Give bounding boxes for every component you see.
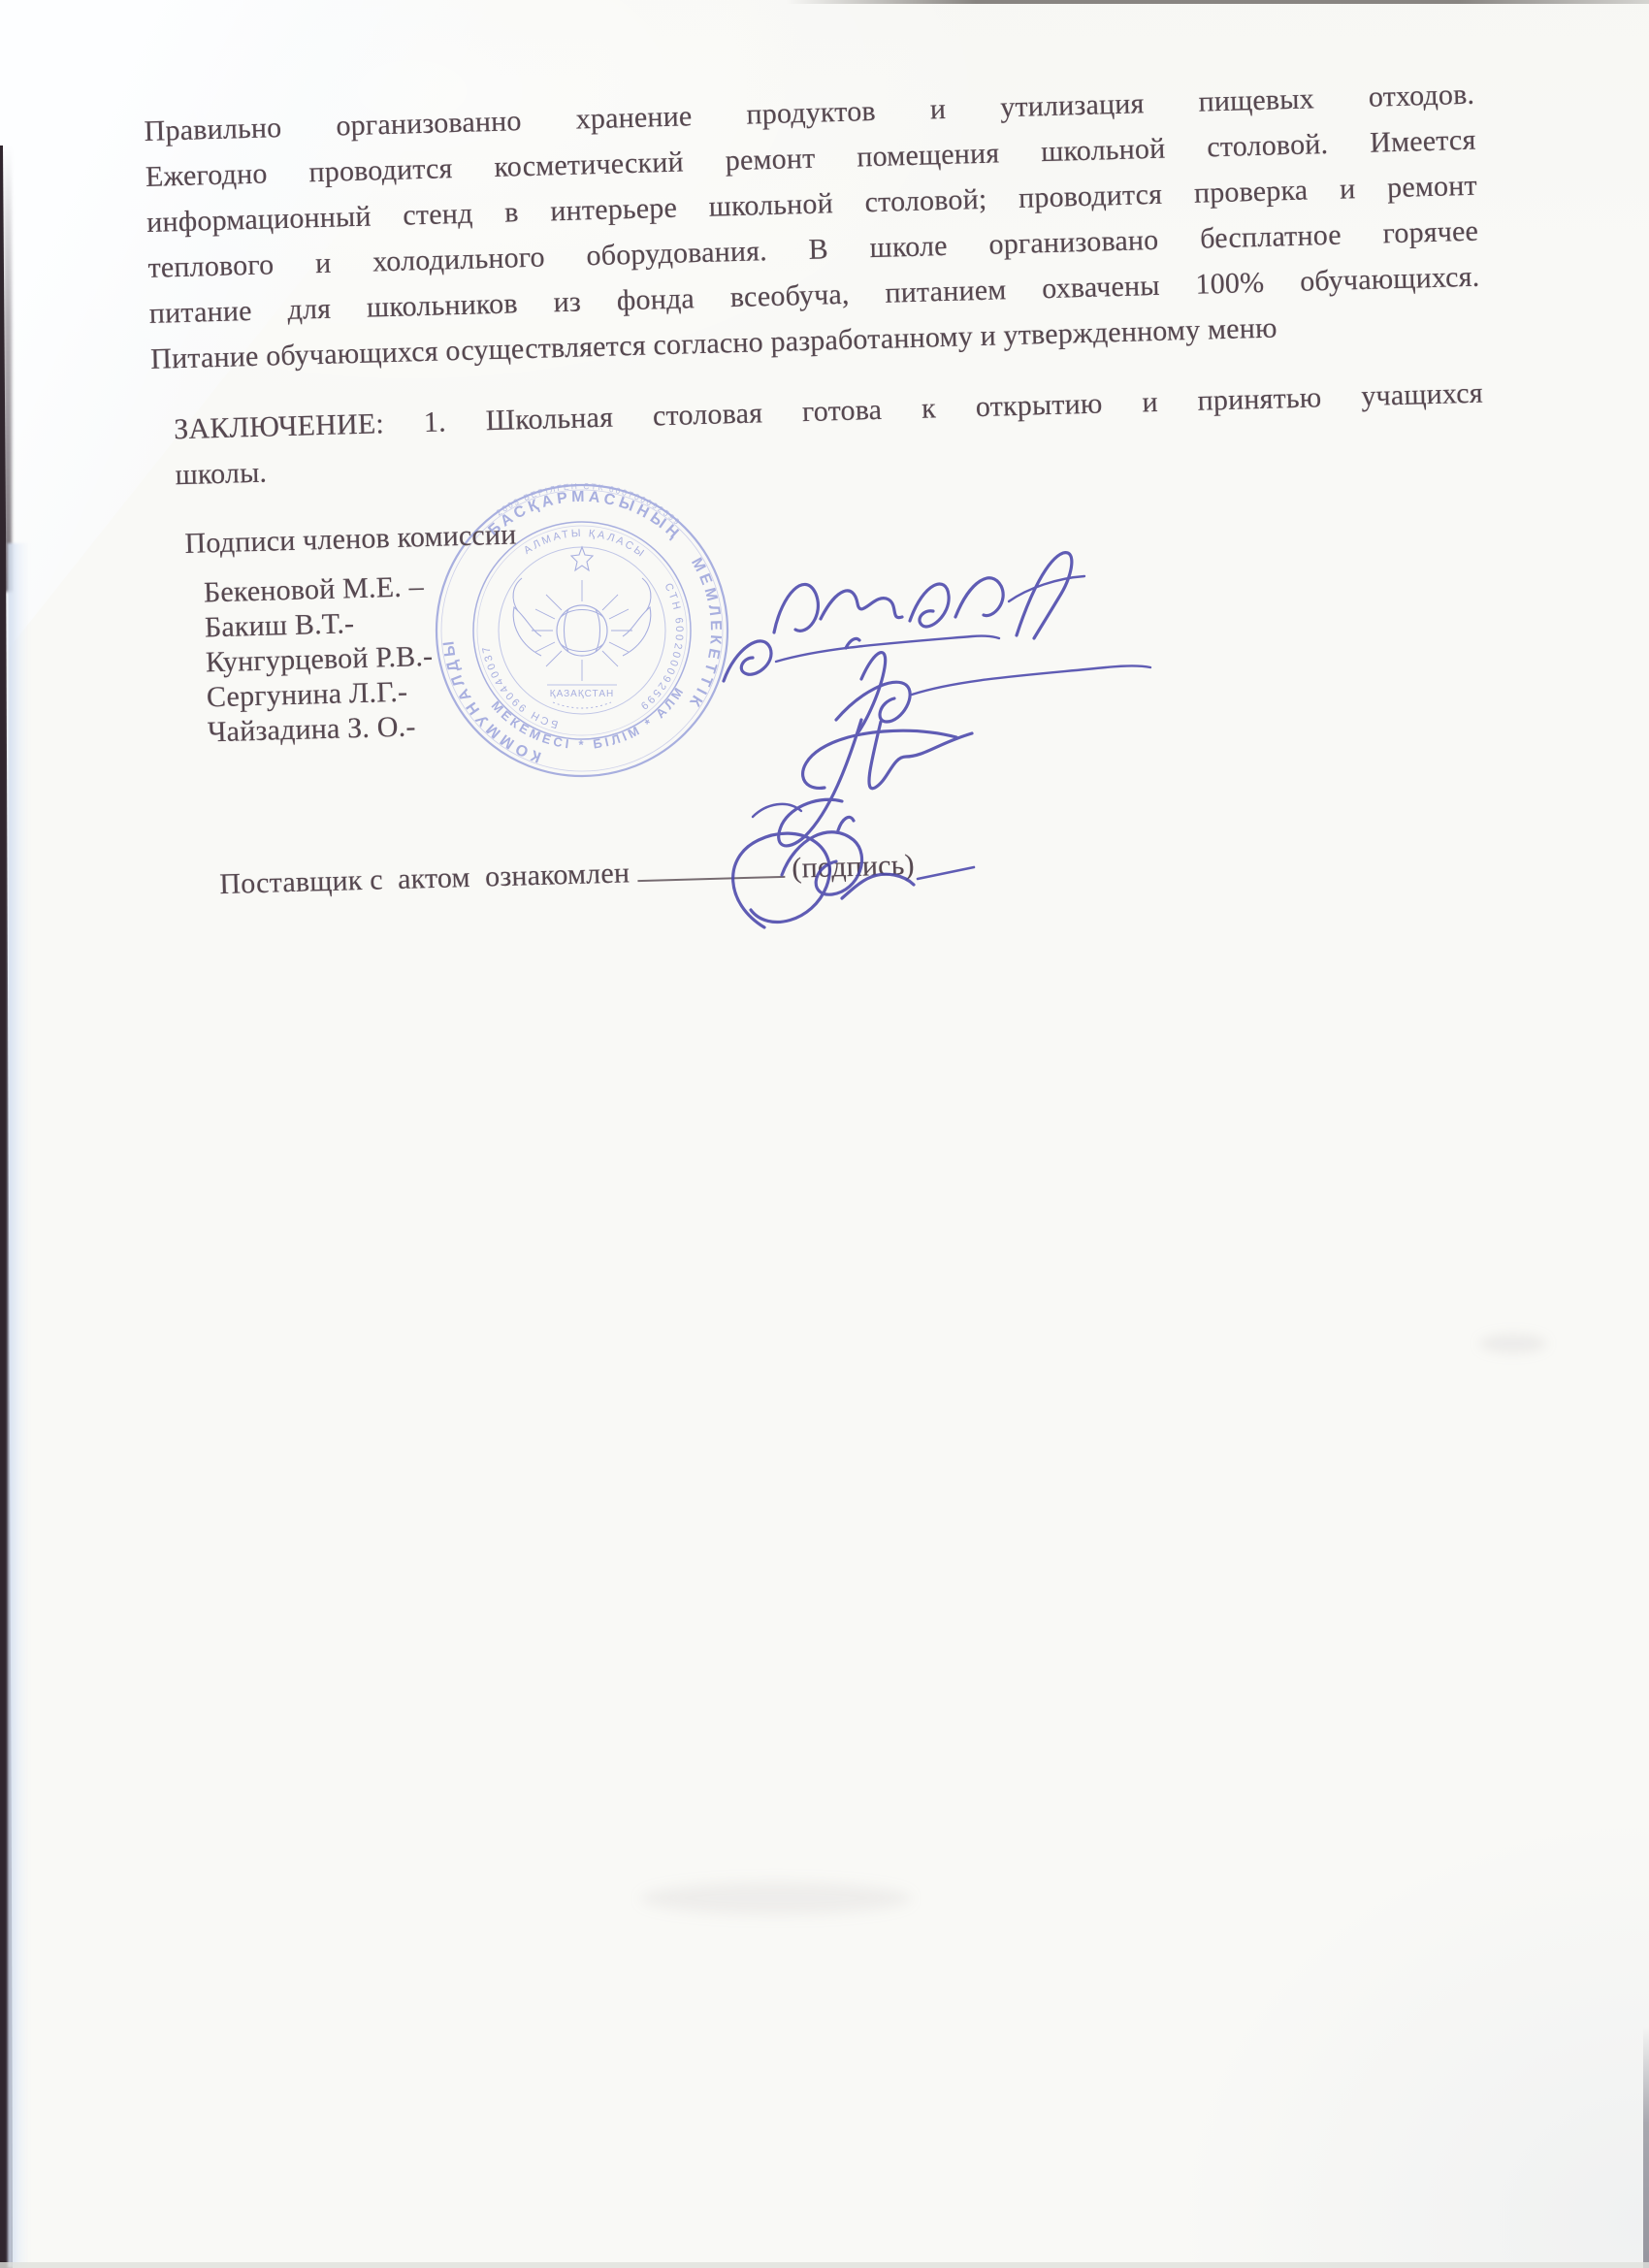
scan-top-edge-line	[786, 0, 1649, 4]
supplier-acknowledgment-line: Поставщик с актом ознакомлен (подпись)	[219, 823, 1497, 907]
scan-left-edge-blue-strip	[8, 543, 29, 2268]
scanned-document-page: { "page": { "background": "#f9f9f6", "te…	[0, 0, 1649, 2268]
document-body: Правильно организованно хранение продукт…	[144, 72, 1497, 909]
scan-bottom-edge-strip	[0, 2262, 1649, 2268]
supplier-label: Поставщик с актом ознакомлен	[219, 857, 637, 900]
signature-blank-line	[636, 843, 785, 882]
scan-right-edge-line	[1643, 2027, 1649, 2268]
main-paragraph: Правильно организованно хранение продукт…	[144, 72, 1481, 382]
scan-smudge	[640, 1882, 912, 1915]
signature-caption: (подпись)	[784, 849, 915, 885]
scan-smudge	[1479, 1334, 1547, 1353]
conclusion-paragraph: ЗАКЛЮЧЕНИЕ: 1. Школьная столовая готова …	[174, 371, 1485, 499]
commission-members-list: Бекеновой М.Е. – Бакиш В.Т.- Кунгурцевой…	[203, 540, 1492, 751]
